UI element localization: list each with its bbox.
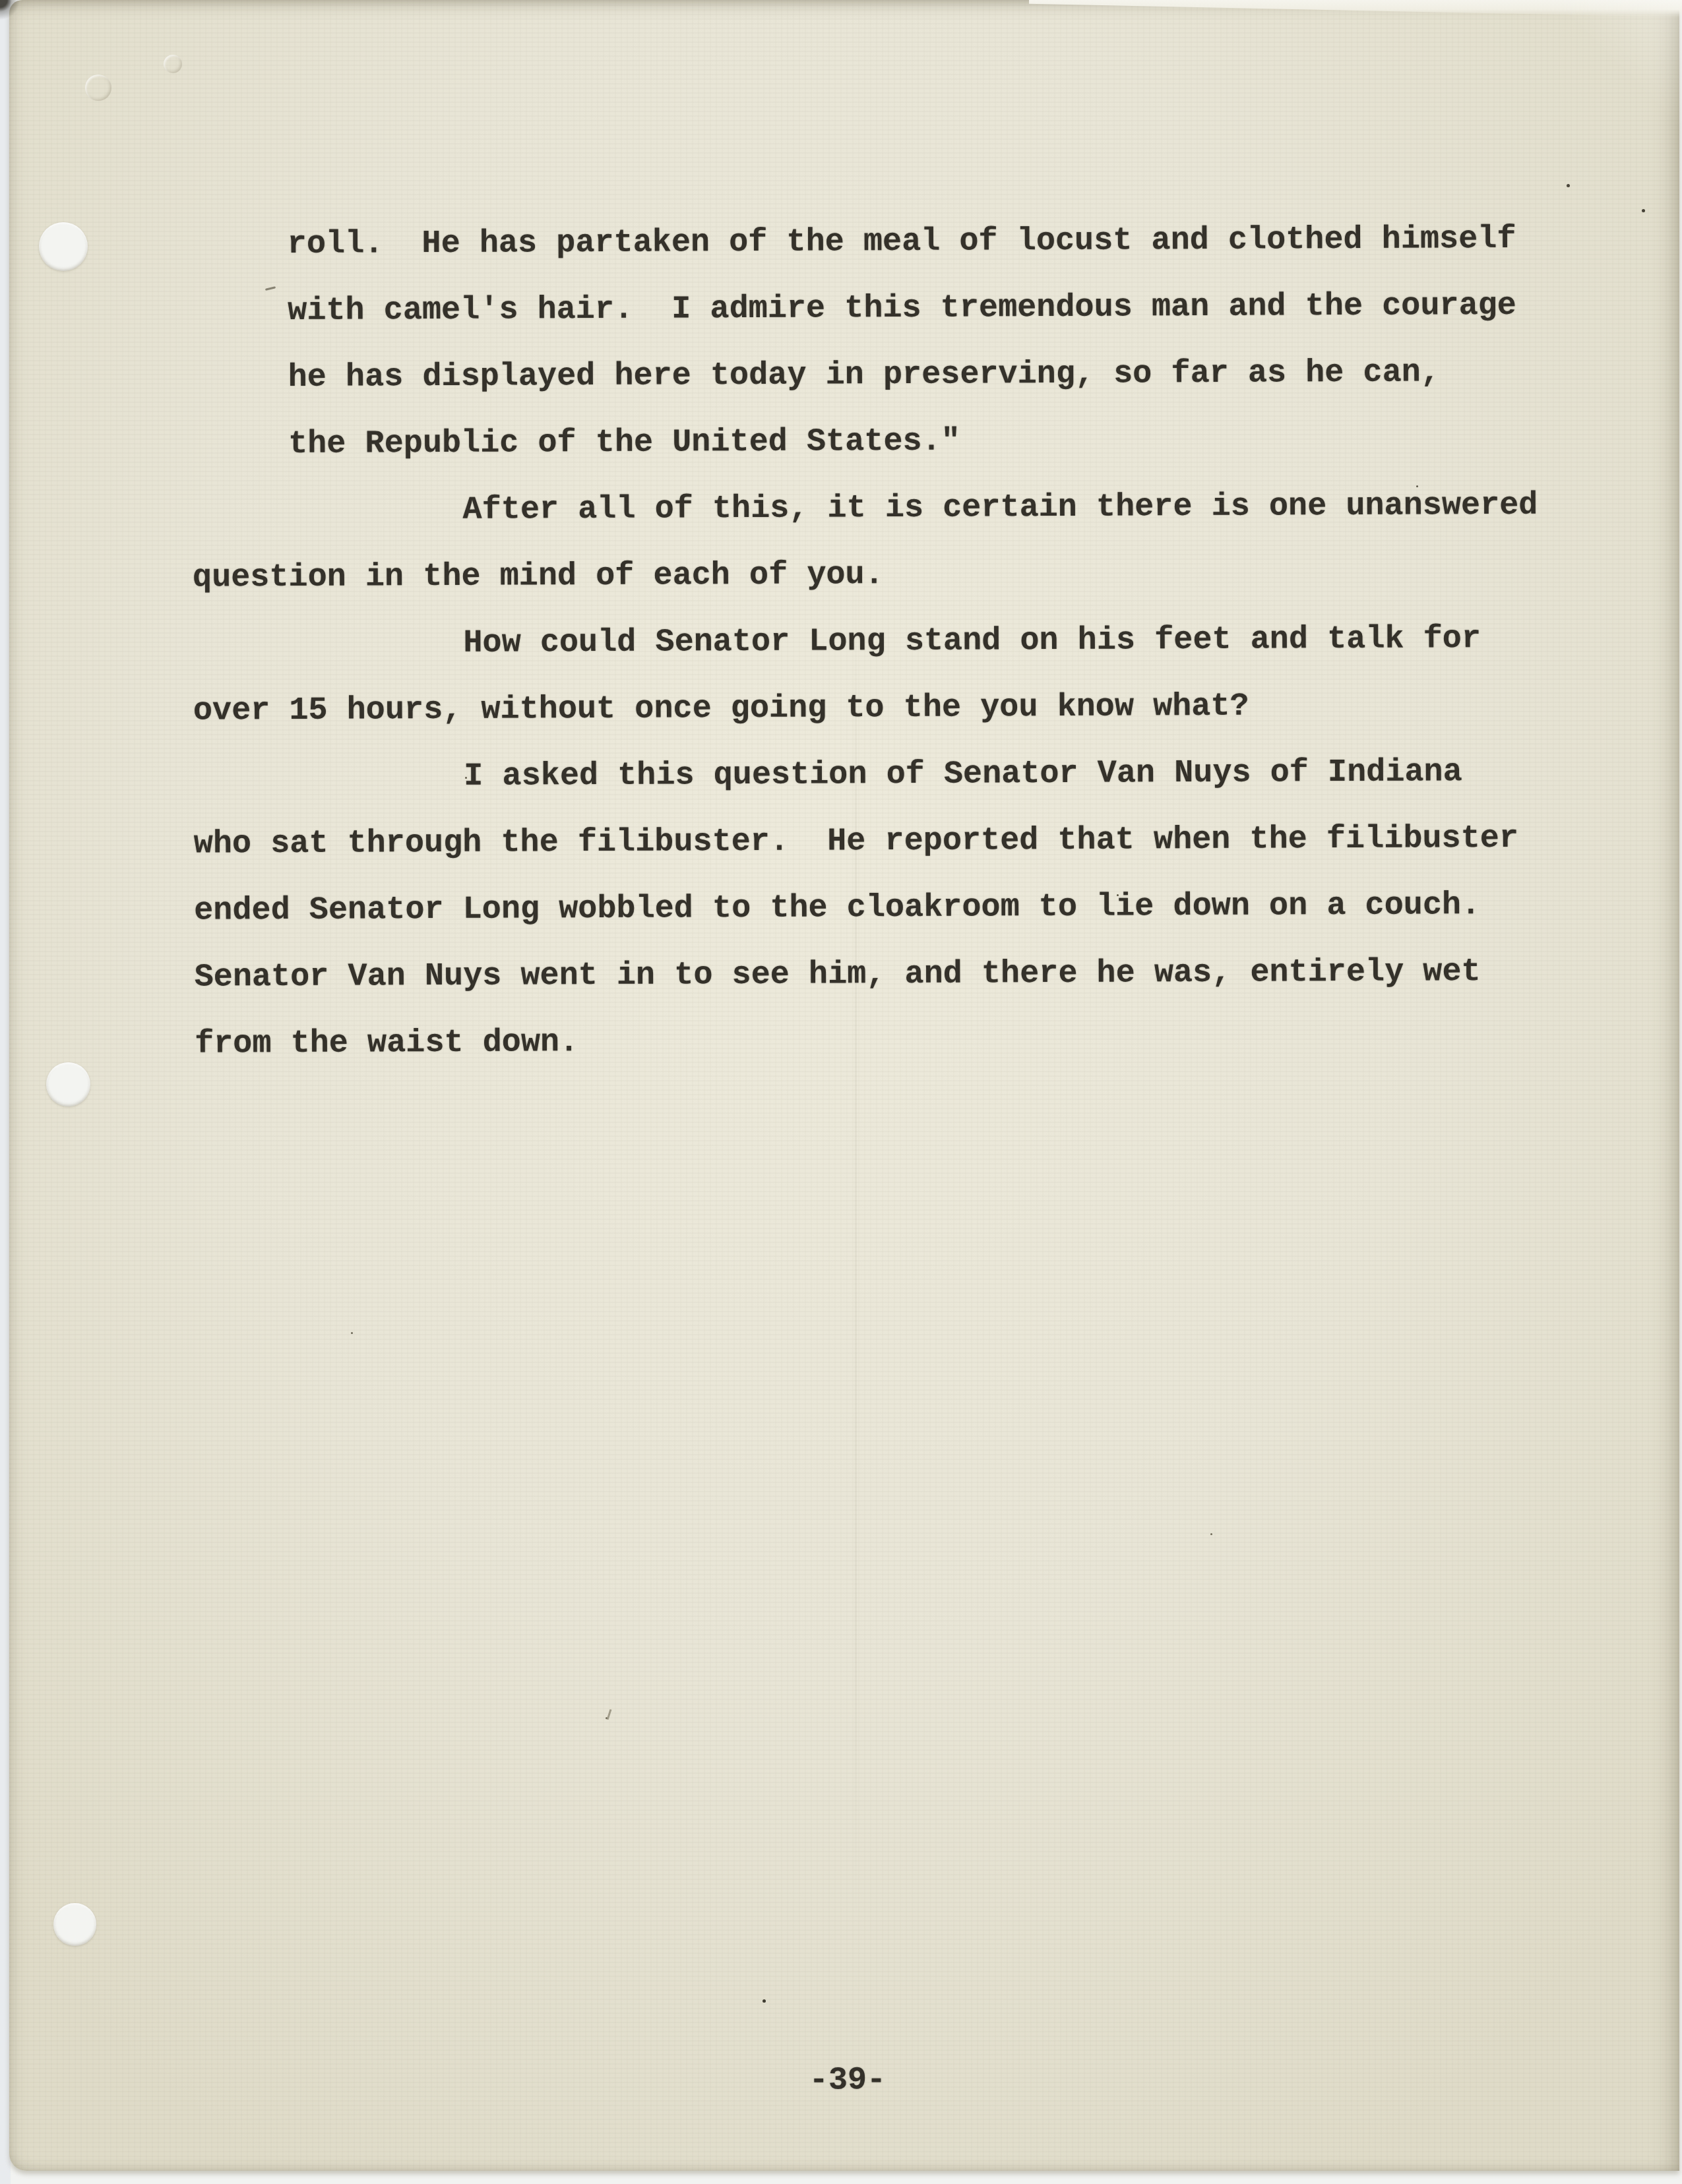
scanned-document: roll. He has partaken of the meal of loc… (0, 0, 1682, 2184)
typed-line: I asked this question of Senator Van Nuy… (464, 756, 1462, 793)
page-number: -39- (8, 2061, 1682, 2101)
typed-line: Senator Van Nuys went in to see him, and… (195, 956, 1481, 994)
typed-line: How could Senator Long stand on his feet… (463, 623, 1481, 659)
typed-line: After all of this, it is certain there i… (462, 490, 1538, 527)
typed-line: from the waist down. (195, 1027, 578, 1060)
typed-line: with camel's hair. I admire this tremend… (288, 290, 1516, 328)
typed-line: ended Senator Long wobbled to the cloakr… (194, 890, 1480, 927)
typed-line: question in the mind of each of you. (193, 559, 884, 594)
typed-line: he has displayed here today in preservin… (288, 357, 1440, 394)
typewritten-text-block: roll. He has partaken of the meal of loc… (0, 0, 1682, 2184)
typed-line: the Republic of the United States." (288, 426, 960, 461)
typed-line: who sat through the filibuster. He repor… (194, 823, 1518, 861)
typed-line: roll. He has partaken of the meal of loc… (288, 224, 1516, 261)
typed-line: over 15 hours, without once going to the… (193, 691, 1249, 727)
